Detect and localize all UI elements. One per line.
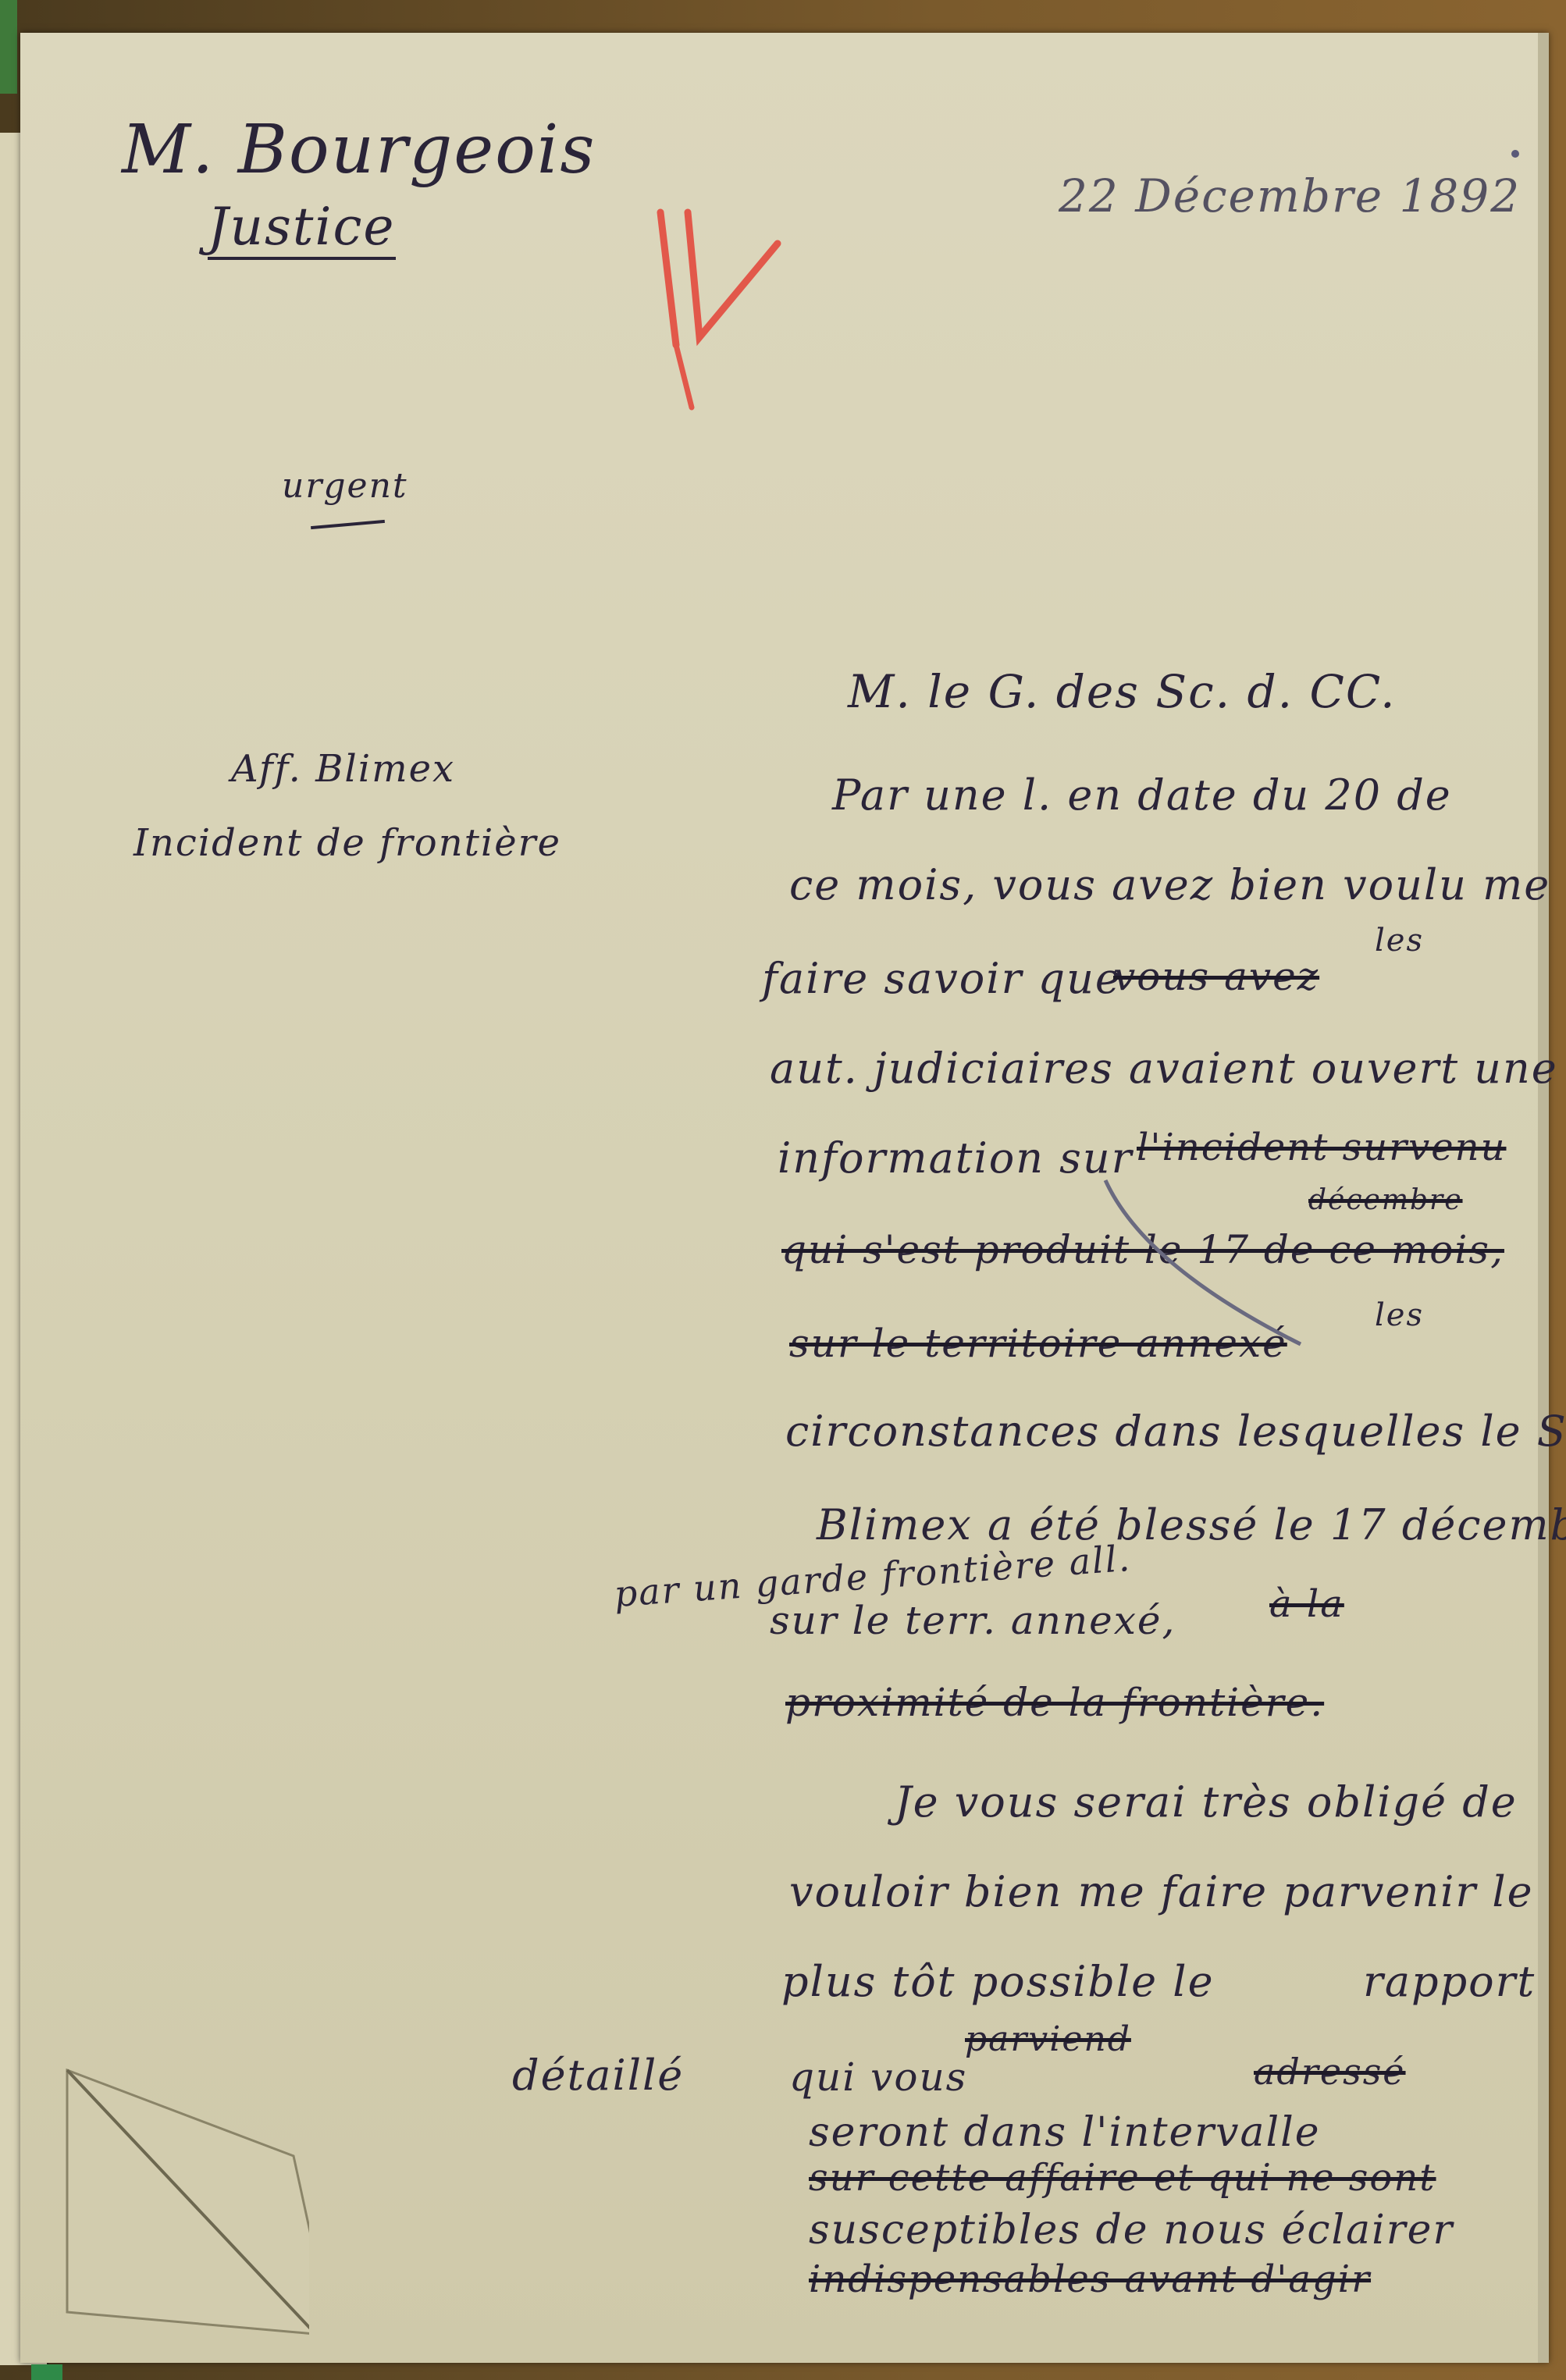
body-line-struck: l'incident survenu [1137,1126,1506,1169]
urgent-note: urgent [282,466,408,506]
body-line-struck: indispensables avant d'agir [809,2257,1371,2301]
subject-line-2: Incident de frontière [133,821,561,865]
bottom-margin-note: détaillé [512,2051,684,2100]
body-line: qui vous [789,2054,967,2100]
body-line-struck: vous avez [1113,954,1319,999]
subject-line-1: Aff. Blimex [231,747,455,791]
body-line: seront dans l'intervalle [809,2109,1321,2156]
body-line: circonstances dans lesquelles le S. [785,1407,1566,1456]
body-line-struck: parviend [965,2019,1131,2059]
manuscript-page: M. Bourgeois Justice 22 Décembre 1892 ur… [20,33,1549,2363]
body-line: Blimex a été blessé le 17 décembre, [817,1500,1566,1549]
red-pencil-mark-icon [645,181,785,415]
body-line: Par une l. en date du 20 de [832,770,1452,820]
urgent-underline [311,520,385,529]
body-line: information sur [778,1133,1134,1183]
body-line-struck: à la [1269,1582,1344,1626]
page-right-edge [1538,33,1549,2363]
department-heading: Justice [208,197,396,260]
body-line-struck: sur cette affaire et qui ne sont [809,2156,1436,2200]
body-line: vouloir bien me faire parvenir le [789,1867,1534,1916]
body-line-struck: adressé [1254,2051,1406,2093]
body-line: faire savoir que [762,954,1122,1003]
body-line: sur le terr. annexé, [770,1598,1176,1643]
date-line: 22 Décembre 1892 [1059,169,1521,222]
body-line: Je vous serai très obligé de [895,1777,1518,1827]
body-line: aut. judiciaires avaient ouvert une [770,1044,1558,1093]
folded-corner [59,2054,309,2336]
green-tab-marker-bottom [31,2364,62,2380]
body-line-insert: les [1375,1297,1424,1333]
body-line: ce mois, vous avez bien voulu me [789,860,1550,909]
body-line: susceptibles de nous éclairer [809,2207,1454,2254]
body-line-insert: les [1375,923,1424,959]
body-line-struck: proximité de la frontière. [785,1680,1324,1725]
body-line: rapport [1363,1957,1536,2006]
green-tab-marker [0,0,17,94]
body-line: plus tôt possible le [781,1957,1215,2006]
salutation: M. le G. des Sc. d. CC. [848,665,1397,718]
insertion-arrow-icon [1098,1172,1332,1360]
addressee-line: M. Bourgeois [122,111,596,189]
ink-speck [1511,150,1519,158]
